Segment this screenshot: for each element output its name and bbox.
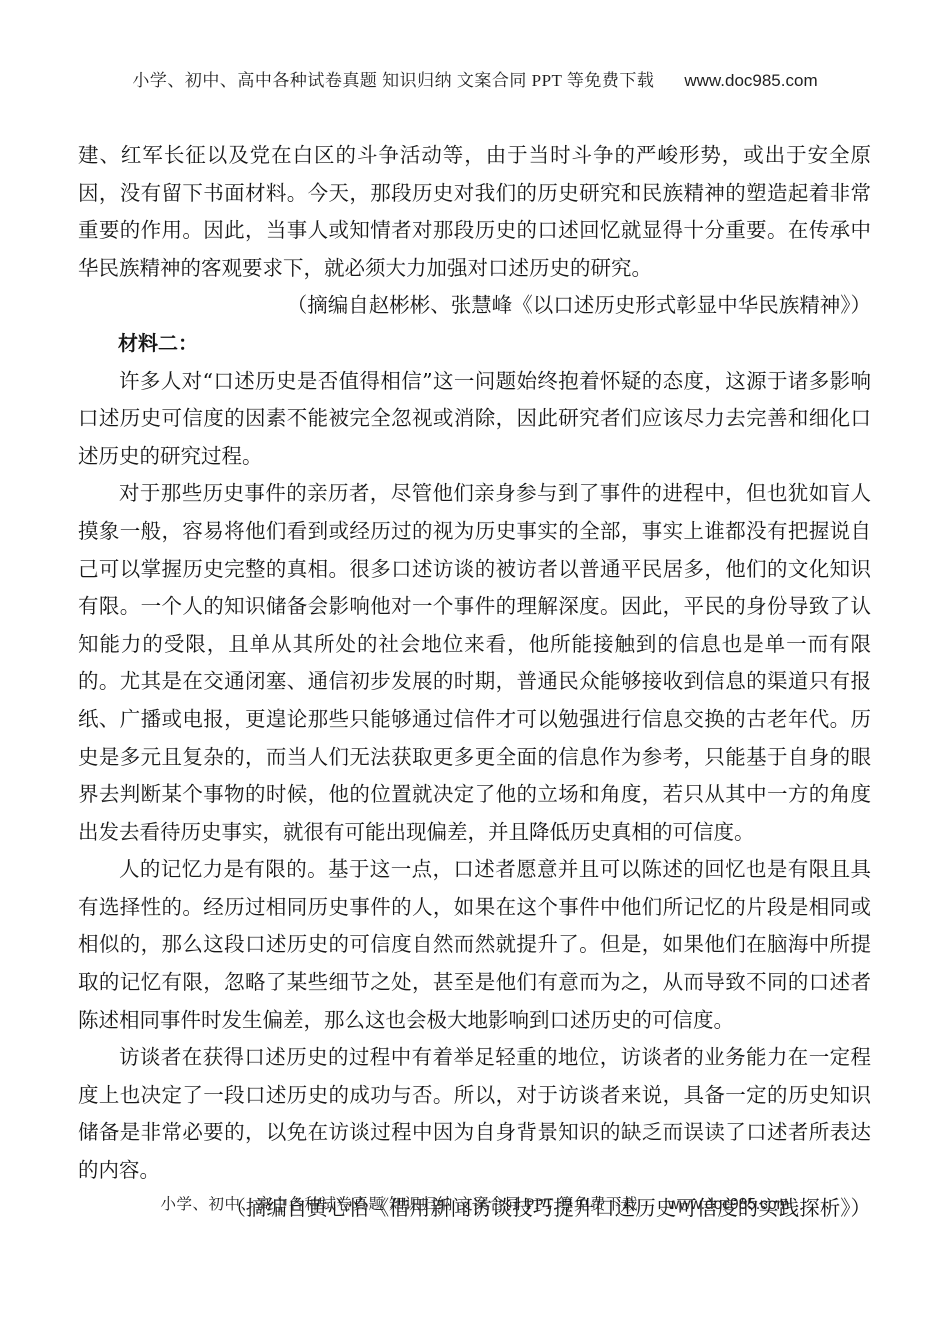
document-page: 小学、初中、高中各种试卷真题 知识归纳 文案合同 PPT 等免费下载www.do… bbox=[0, 0, 950, 1344]
footer-note: 小学、初中、高中各种试卷真题 知识归纳 文案合同 PPT 等免费下载 bbox=[161, 1196, 638, 1213]
footer-url: www.doc985.com bbox=[668, 1196, 789, 1213]
paragraph-doubt: 许多人对“口述历史是否值得相信”这一问题始终抱着怀疑的态度，这源于诸多影响口述历… bbox=[78, 363, 871, 476]
material-two-heading: 材料二： bbox=[78, 325, 871, 363]
paragraph-witness-limits: 对于那些历史事件的亲历者，尽管他们亲身参与到了事件的进程中，但也犹如盲人摸象一般… bbox=[78, 475, 871, 851]
page-header: 小学、初中、高中各种试卷真题 知识归纳 文案合同 PPT 等免费下载www.do… bbox=[0, 66, 950, 91]
paragraph-interviewer-role: 访谈者在获得口述历史的过程中有着举足轻重的地位，访谈者的业务能力在一定程度上也决… bbox=[78, 1039, 871, 1189]
header-url: www.doc985.com bbox=[684, 71, 817, 90]
document-body: 建、红军长征以及党在白区的斗争活动等，由于当时斗争的严峻形势，或出于安全原因，没… bbox=[78, 137, 871, 1227]
attribution-material-one: （摘编自赵彬彬、张慧峰《以口述历史形式彰显中华民族精神》） bbox=[78, 287, 871, 325]
paragraph-memory-limits: 人的记忆力是有限的。基于这一点，口述者愿意并且可以陈述的回忆也是有限且具有选择性… bbox=[78, 851, 871, 1039]
header-note: 小学、初中、高中各种试卷真题 知识归纳 文案合同 PPT 等免费下载 bbox=[132, 71, 654, 90]
paragraph-continuation: 建、红军长征以及党在白区的斗争活动等，由于当时斗争的严峻形势，或出于安全原因，没… bbox=[78, 137, 871, 287]
page-footer: 小学、初中、高中各种试卷真题 知识归纳 文案合同 PPT 等免费下载www.do… bbox=[0, 1192, 950, 1214]
